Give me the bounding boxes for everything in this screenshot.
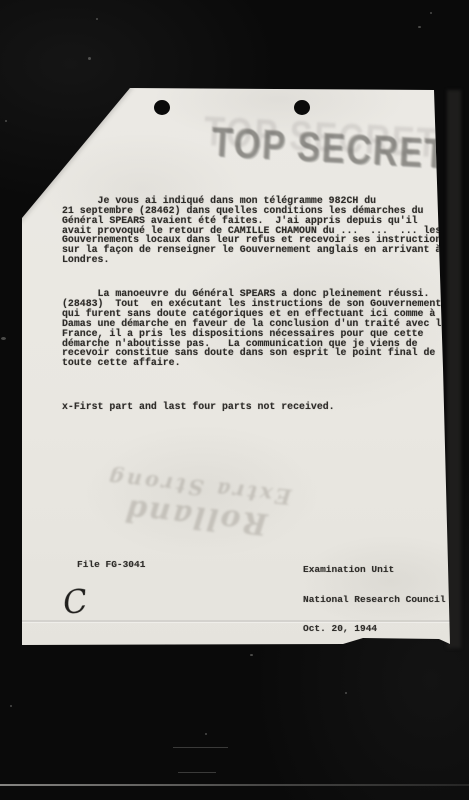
film-speck [96,18,98,20]
film-speck [345,692,347,694]
handwritten-mark: C [61,584,90,619]
typed-body: Je vous ai indiqué dans mon télégramme 9… [62,176,462,432]
paragraph-2: La manoeuvre du Général SPEARS a donc pl… [62,289,462,368]
film-scratch-line [173,747,228,748]
film-edge-line [0,784,469,786]
document-page: TOP SECRET TOP SECRET Je vous ai indiqué… [22,88,450,648]
microfilm-scan-background: TOP SECRET TOP SECRET Je vous ai indiqué… [0,0,469,800]
paragraph-1: Je vous ai indiqué dans mon télégramme 9… [62,196,462,265]
punch-hole [154,100,170,115]
issuer-org: National Research Council [303,595,446,605]
film-speck [1,337,6,340]
file-number: File FG-3041 [77,560,145,570]
top-secret-stamp: TOP SECRET [211,121,448,175]
film-speck [430,12,432,14]
film-speck [418,26,421,28]
film-speck [10,705,12,707]
punch-hole [294,100,310,115]
film-speck [5,120,7,122]
paper-edge-shadow [447,90,461,648]
film-speck [88,57,91,60]
film-speck [205,733,207,735]
issuer-unit: Examination Unit [303,565,446,575]
footnote: x-First part and last four parts not rec… [62,402,462,412]
issuer-date: Oct. 20, 1944 [303,624,446,634]
issuer-block: Examination Unit National Research Counc… [303,546,446,653]
film-speck [250,654,253,656]
film-scratch-line [178,772,216,773]
paper-watermark: Rolland Extra Strong [75,462,320,545]
